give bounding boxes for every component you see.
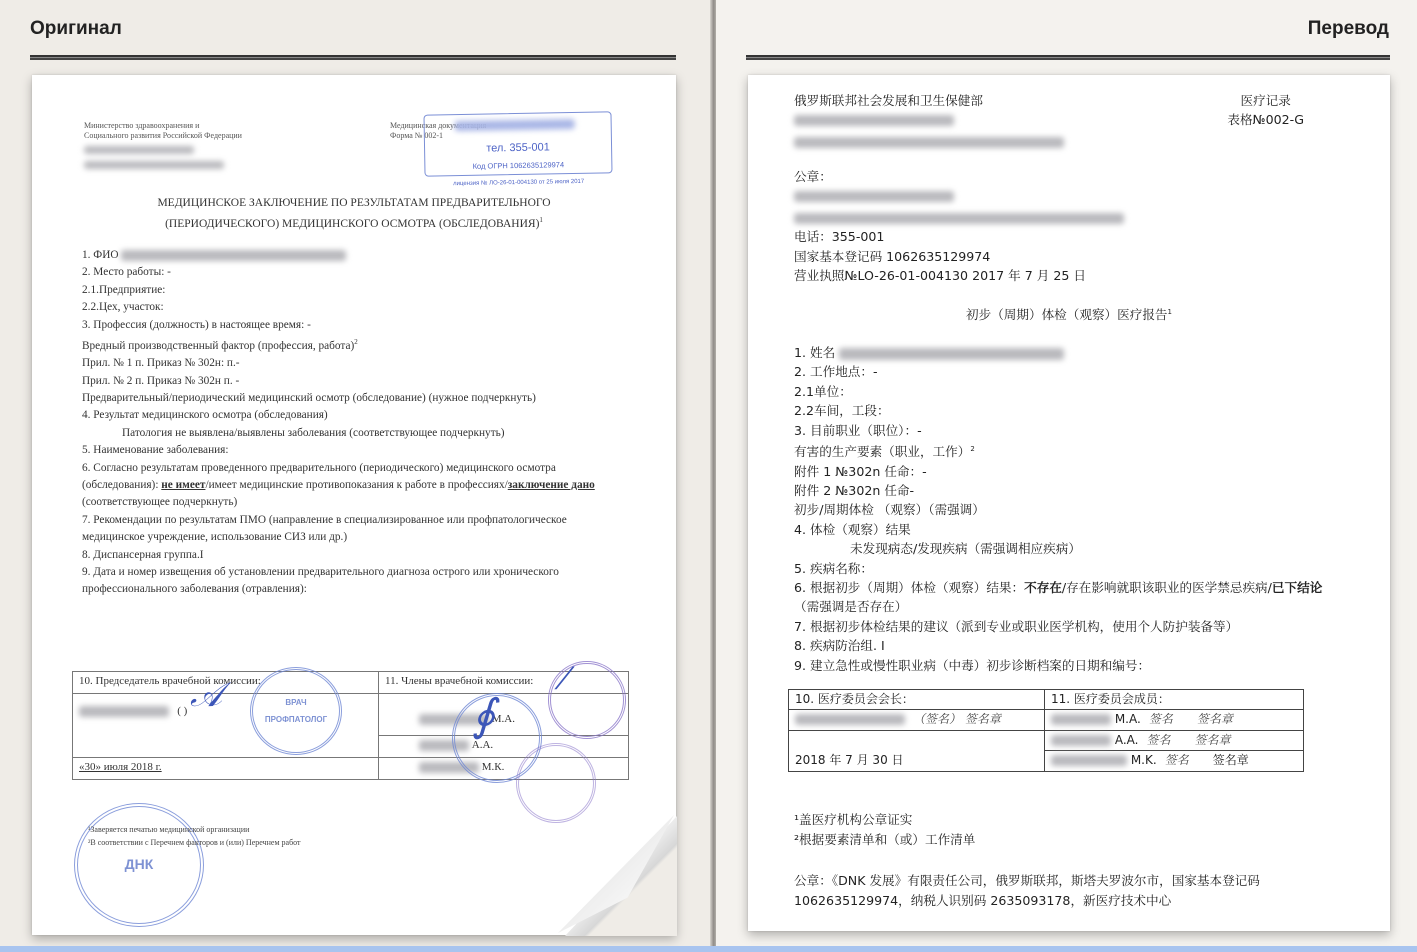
organization-seal: ДНК xyxy=(74,803,204,927)
item-conclusion: 6. Согласно результатам проведенного пре… xyxy=(82,460,612,512)
item-fio: 1. ФИО xyxy=(82,247,612,264)
signature-icon: ∮ xyxy=(472,707,495,724)
original-title: Оригинал xyxy=(30,18,122,40)
document-body: 1. 姓名 2. 工作地点：- 2.1单位： 2.2车间，工段： 3. 目前职业… xyxy=(794,343,1324,675)
item-name: 1. 姓名 xyxy=(794,343,1324,362)
ministry-header: 俄罗斯联邦社会发展和卫生保健部 xyxy=(794,91,1064,151)
seal-description: 公章：《DNK 发展》有限责任公司，俄罗斯联邦，斯塔夫罗波尔市，国家基本登记码 … xyxy=(794,871,1324,911)
signature-icon: ⁄ xyxy=(562,671,567,688)
redacted-name xyxy=(839,348,1064,360)
bottom-bar xyxy=(0,946,1417,952)
original-panel: Оригинал Министерство здравоохранения и … xyxy=(0,0,712,946)
chair-signature-cell: （签名） 签名章 xyxy=(789,710,1045,730)
translated-document: 俄罗斯联邦社会发展和卫生保健部 医疗记录 表格№002-G 公章： 电话：355… xyxy=(748,75,1390,931)
document-body: 1. ФИО 2. Место работы: - 2.1.Предприяти… xyxy=(82,247,612,599)
member-stamp xyxy=(548,661,626,739)
redacted-name xyxy=(121,250,346,261)
member-stamp xyxy=(516,743,596,823)
footnotes: ¹Заверяется печатью медицинской организа… xyxy=(88,823,301,849)
clinic-stamp: тел. 355-001 Код ОГРН 1062635129974 лице… xyxy=(423,111,612,176)
title-rule xyxy=(746,55,1390,60)
document-title: МЕДИЦИНСКОЕ ЗАКЛЮЧЕНИЕ ПО РЕЗУЛЬТАТАМ ПР… xyxy=(32,195,676,233)
item-conclusion: 6. 根据初步（周期）体检（观察）结果：不存在/存在影响就职该职业的医学禁忌疾病… xyxy=(794,578,1324,617)
stamp-details: 公章： 电话：355-001 国家基本登记码 1062635129974 营业执… xyxy=(794,167,1124,285)
ministry-header: Министерство здравоохранения и Социально… xyxy=(84,121,242,170)
translation-panel: Перевод 俄罗斯联邦社会发展和卫生保健部 医疗记录 表格№002-G 公章… xyxy=(716,0,1417,946)
commission-table: 10. 医疗委员会会长： 11. 医疗委员会成员： （签名） 签名章 M.A.签… xyxy=(788,689,1304,772)
title-rule xyxy=(30,55,676,60)
document-title: 初步（周期）体检（观察）医疗报告1 xyxy=(748,303,1390,325)
original-document: Министерство здравоохранения и Социально… xyxy=(32,75,676,935)
form-header: 医疗记录 表格№002-G xyxy=(1227,91,1304,130)
item-workplace: 2. Место работы: - xyxy=(82,264,612,281)
redacted-text xyxy=(84,161,224,169)
signature-icon: 𝒜 xyxy=(190,687,222,704)
footnotes: ¹盖医疗机构公章证实 ²根据要素清单和（或）工作清单 xyxy=(794,810,975,850)
commission-stamp: ВРАЧПРОФПАТОЛОГ xyxy=(250,667,342,755)
translation-title: Перевод xyxy=(1308,18,1389,40)
redacted-text xyxy=(84,146,194,154)
